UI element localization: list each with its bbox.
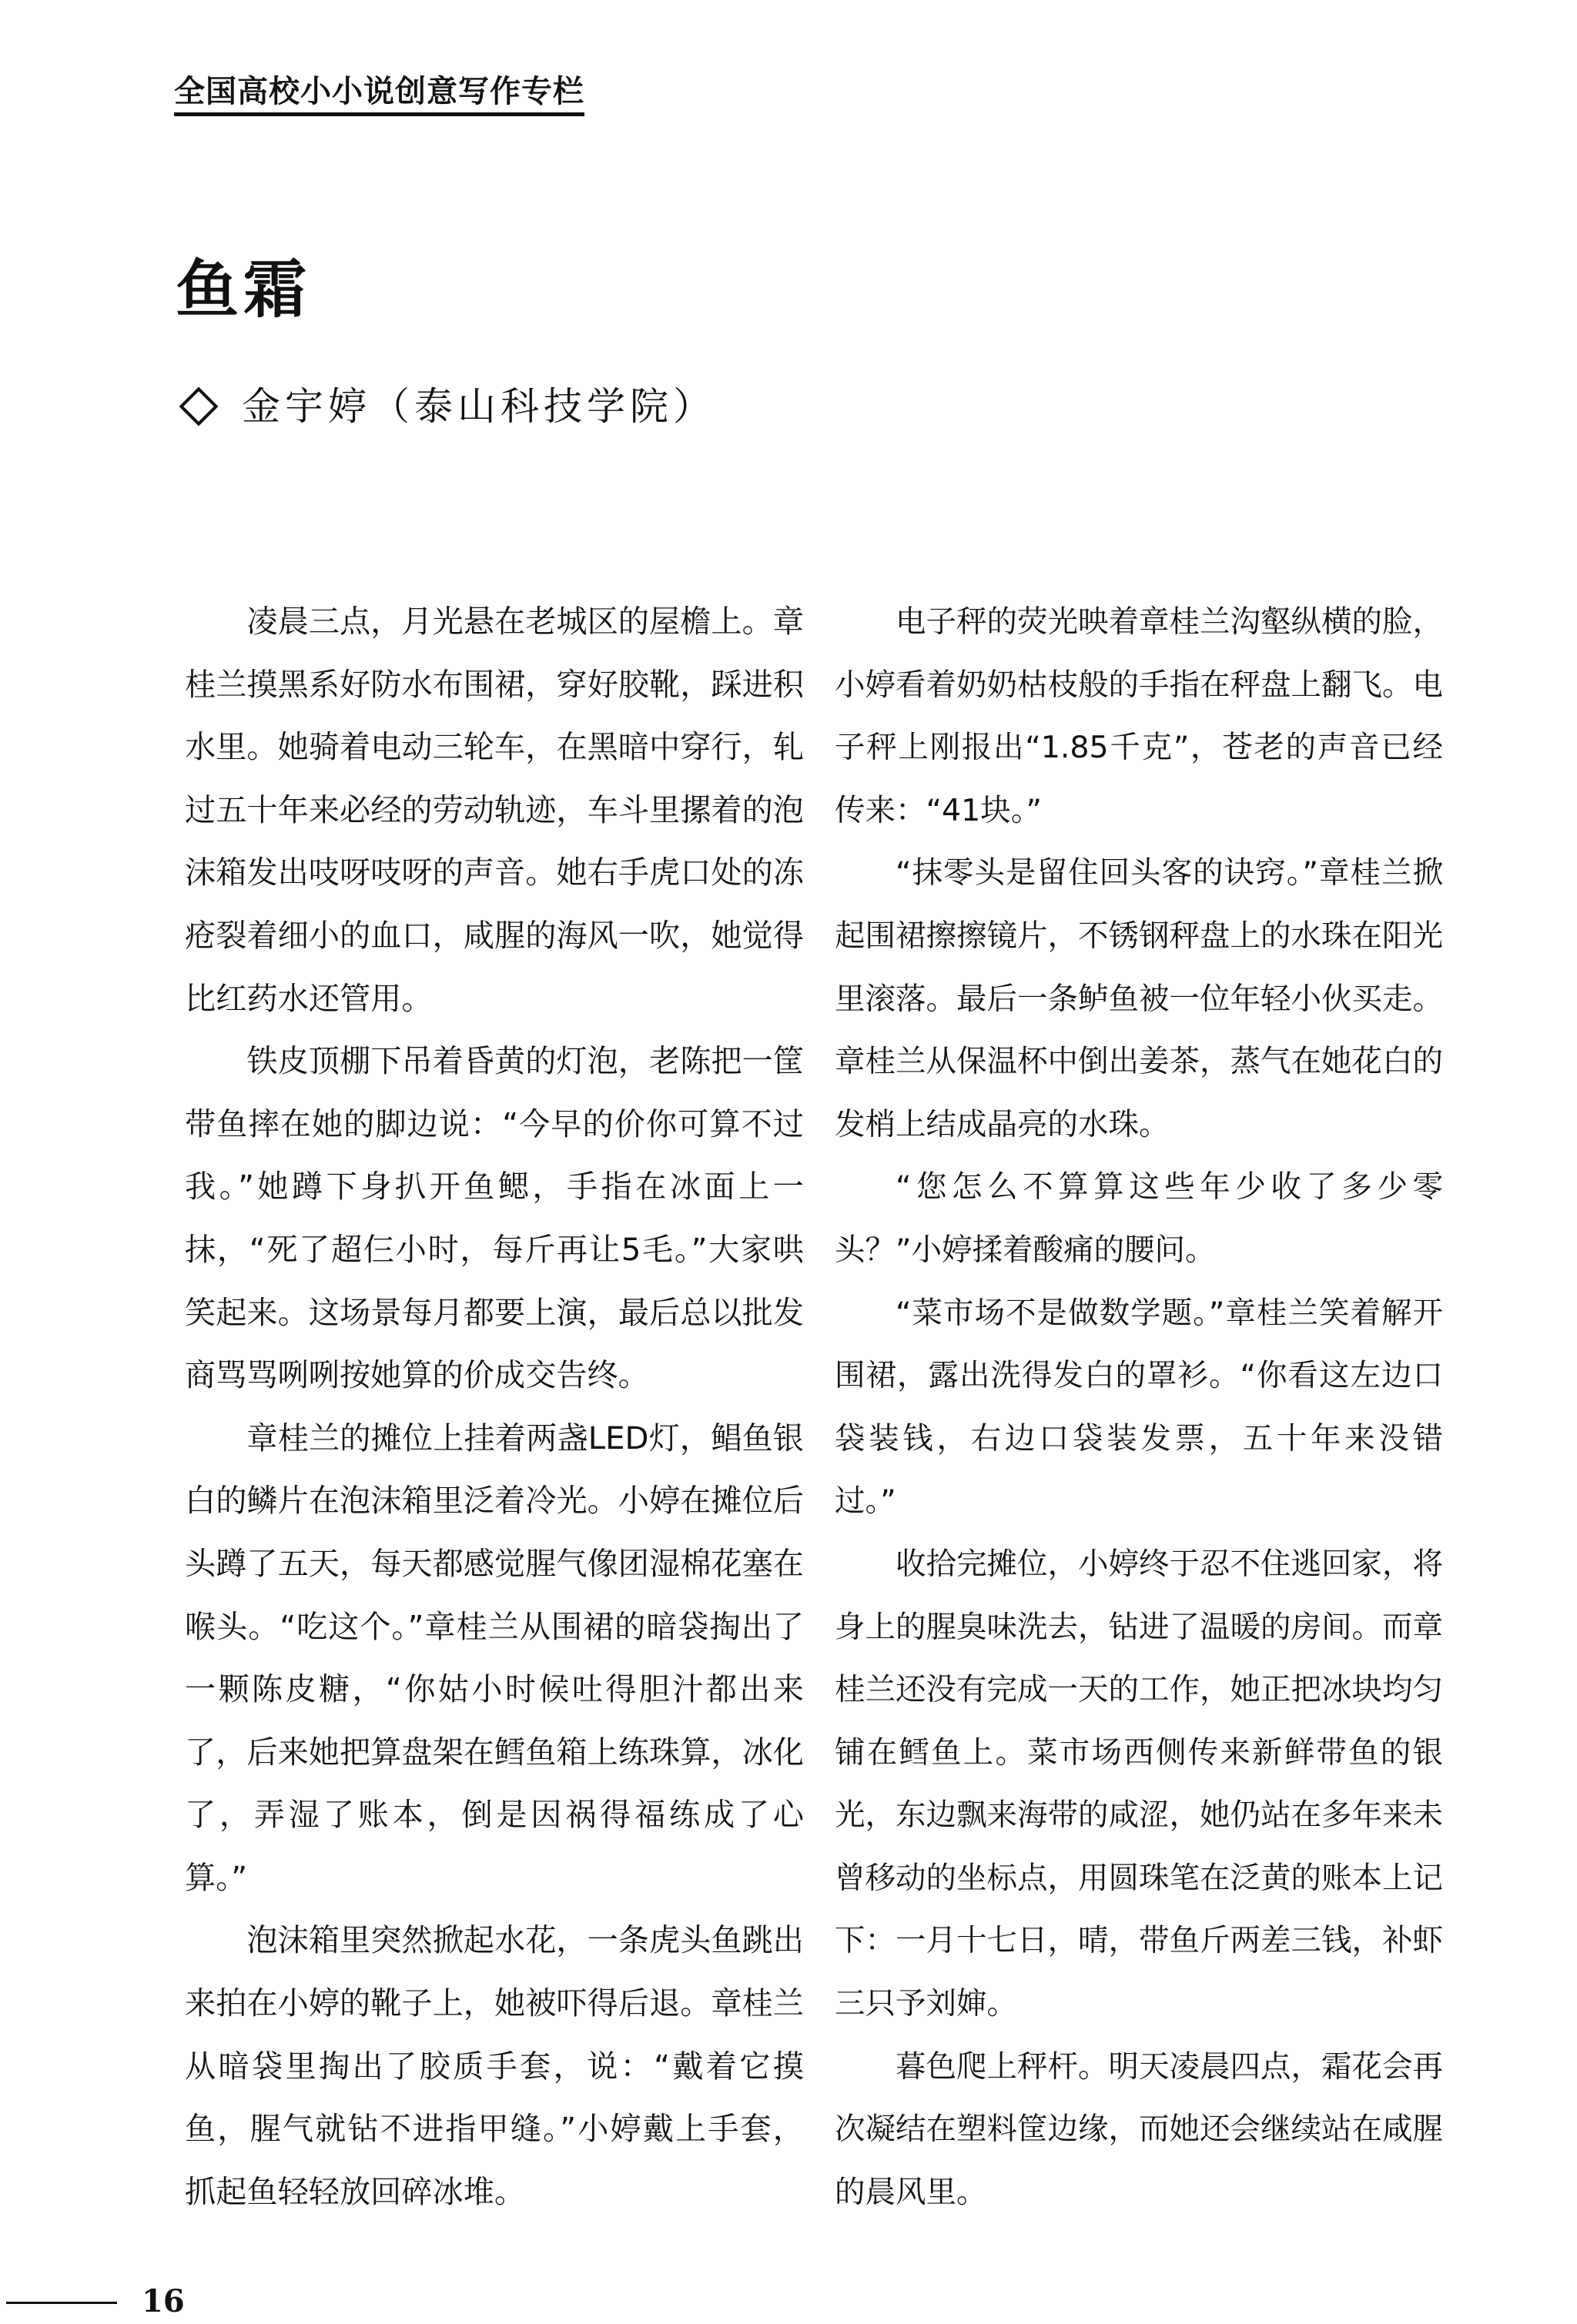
paragraph: 章桂兰的摊位上挂着两盏LED灯，鲳鱼银白的鳞片在泡沫箱里泛着冷光。小婷在摊位后头… [185, 1408, 804, 1911]
paragraph: 泡沫箱里突然掀起水花，一条虎头鱼跳出来拍在小婷的靴子上，她被吓得后退。章桂兰从暗… [185, 1910, 804, 2224]
article-title: 鱼霜 [176, 252, 311, 326]
paragraph: 电子秤的荧光映着章桂兰沟壑纵横的脸，小婷看着奶奶枯枝般的手指在秤盘上翻飞。电子秤… [835, 591, 1443, 842]
column-header: 全国高校小小说创意写作专栏 [174, 74, 584, 116]
paragraph: 暮色爬上秤杆。明天凌晨四点，霜花会再次凝结在塑料筐边缘，而她还会继续站在咸腥的晨… [835, 2036, 1443, 2225]
page-number: 16 [142, 2283, 185, 2320]
author-name: 金宇婷（泰山科技学院） [242, 382, 716, 431]
paragraph: “抹零头是留住回头客的诀窍。”章桂兰掀起围裙擦擦镜片，不锈钢秤盘上的水珠在阳光里… [835, 842, 1443, 1156]
paragraph: 收拾完摊位，小婷终于忍不住逃回家，将身上的腥臭味洗去，钻进了温暖的房间。而章桂兰… [835, 1533, 1443, 2036]
footer-rule [6, 2302, 117, 2304]
left-column: 凌晨三点，月光悬在老城区的屋檐上。章桂兰摸黑系好防水布围裙，穿好胶靴，踩进积水里… [185, 591, 804, 2224]
byline: 金宇婷（泰山科技学院） [179, 382, 716, 431]
paragraph: “您怎么不算算这些年少收了多少零头？”小婷揉着酸痛的腰问。 [835, 1156, 1443, 1282]
paragraph: 铁皮顶棚下吊着昏黄的灯泡，老陈把一筐带鱼摔在她的脚边说：“今早的价你可算不过我。… [185, 1031, 804, 1408]
paragraph: 凌晨三点，月光悬在老城区的屋檐上。章桂兰摸黑系好防水布围裙，穿好胶靴，踩进积水里… [185, 591, 804, 1031]
diamond-icon [179, 387, 219, 426]
paragraph: “菜市场不是做数学题。”章桂兰笑着解开围裙，露出洗得发白的罩衫。“你看这左边口袋… [835, 1282, 1443, 1533]
right-column: 电子秤的荧光映着章桂兰沟壑纵横的脸，小婷看着奶奶枯枝般的手指在秤盘上翻飞。电子秤… [835, 591, 1443, 2224]
